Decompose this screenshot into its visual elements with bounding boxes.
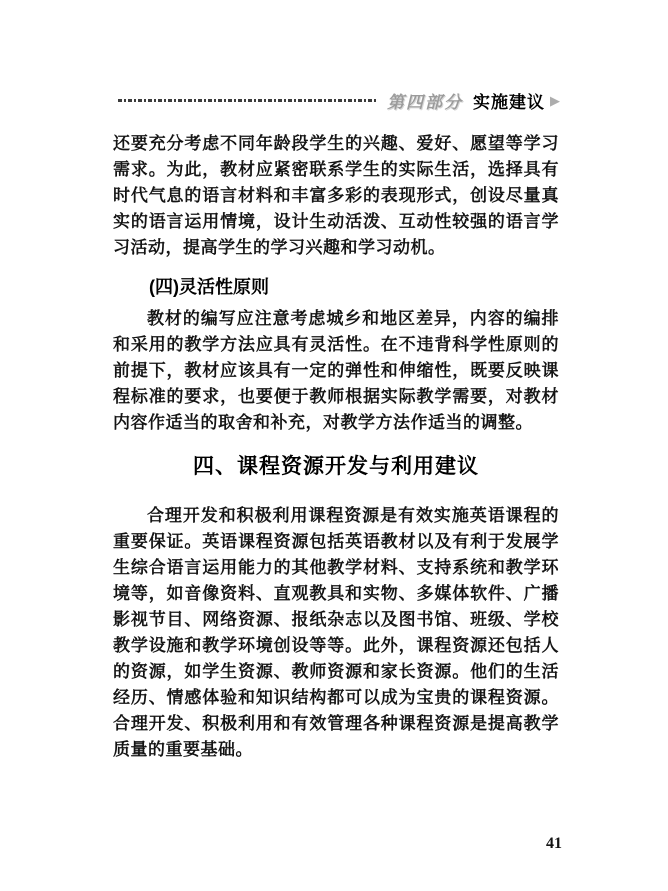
- arrow-right-icon: ▶: [550, 94, 560, 107]
- text-line: 还要充分考虑不同年龄段学生的兴趣、爱好、愿望等学习: [113, 131, 559, 157]
- text-line: 生综合语言运用能力的其他教学材料、支持系统和教学环: [113, 555, 559, 581]
- part-label: 第四部分: [387, 88, 463, 113]
- text-line: 重要保证。英语课程资源包括英语教材以及有利于发展学: [113, 529, 559, 555]
- text-line: 教学设施和教学环境创设等等。此外，课程资源还包括人: [113, 633, 559, 659]
- text-line: 和采用的教学方法应具有灵活性。在不违背科学性原则的: [113, 332, 559, 358]
- paragraph-1: 还要充分考虑不同年龄段学生的兴趣、爱好、愿望等学习 需求。为此，教材应紧密联系学…: [113, 131, 559, 261]
- text-line: 内容作适当的取舍和补充，对教学方法作适当的调整。: [113, 410, 559, 436]
- text-line: 经历、情感体验和知识结构都可以成为宝贵的课程资源。: [113, 685, 559, 711]
- page-content: 还要充分考虑不同年龄段学生的兴趣、爱好、愿望等学习 需求。为此，教材应紧密联系学…: [113, 131, 559, 763]
- page-number: 41: [546, 835, 562, 853]
- paragraph-3: 合理开发和积极利用课程资源是有效实施英语课程的 重要保证。英语课程资源包括英语教…: [113, 503, 559, 763]
- subsection-heading: (四)灵活性原则: [113, 275, 559, 299]
- text-line: 习活动，提高学生的学习兴趣和学习动机。: [113, 235, 559, 261]
- text-line: 教材的编写应注意考虑城乡和地区差异，内容的编排: [113, 306, 559, 332]
- text-line: 程标准的要求，也要便于教师根据实际教学需要，对教材: [113, 384, 559, 410]
- text-line: 影视节目、网络资源、报纸杂志以及图书馆、班级、学校: [113, 607, 559, 633]
- text-line: 需求。为此，教材应紧密联系学生的实际生活，选择具有: [113, 157, 559, 183]
- text-line: 实的语言运用情境，设计生动活泼、互动性较强的语言学: [113, 209, 559, 235]
- text-line: 质量的重要基础。: [113, 737, 559, 763]
- text-line: 境等，如音像资料、直观教具和实物、多媒体软件、广播: [113, 581, 559, 607]
- document-page: 第四部分 实施建议 ▶ 还要充分考虑不同年龄段学生的兴趣、爱好、愿望等学习 需求…: [0, 0, 668, 891]
- text-line: 前提下，教材应该具有一定的弹性和伸缩性，既要反映课: [113, 358, 559, 384]
- text-line: 的资源，如学生资源、教师资源和家长资源。他们的生活: [113, 659, 559, 685]
- dotted-rule: [118, 99, 378, 102]
- text-line: 时代气息的语言材料和丰富多彩的表现形式，创设尽量真: [113, 183, 559, 209]
- section-heading: 四、课程资源开发与利用建议: [113, 452, 559, 482]
- text-line: 合理开发、积极利用和有效管理各种课程资源是提高教学: [113, 711, 559, 737]
- paragraph-2: 教材的编写应注意考虑城乡和地区差异，内容的编排 和采用的教学方法应具有灵活性。在…: [113, 306, 559, 436]
- section-label: 实施建议: [473, 88, 545, 113]
- page-header: 第四部分 实施建议 ▶: [118, 88, 560, 112]
- text-line: 合理开发和积极利用课程资源是有效实施英语课程的: [113, 503, 559, 529]
